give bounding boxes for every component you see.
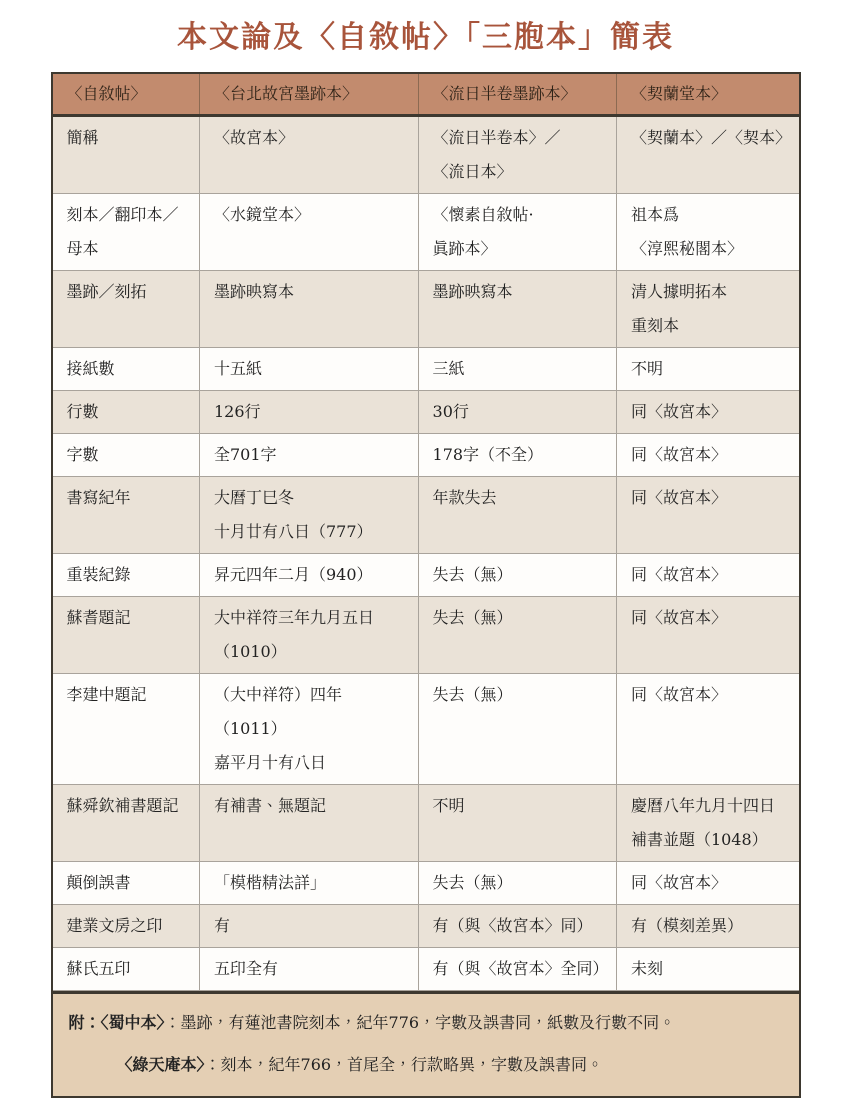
row-label: 重裝紀錄 <box>53 554 200 597</box>
cell: 未刻 <box>616 948 798 991</box>
cell: 〈契蘭本〉／〈契本〉 <box>616 116 798 194</box>
cell: （大中祥符）四年（1011） 嘉平月十有八日 <box>199 674 418 785</box>
row-label: 刻本／翻印本／ 母本 <box>53 194 200 271</box>
cell: 〈流日半卷本〉／ 〈流日本〉 <box>418 116 616 194</box>
cell: 失去（無） <box>418 554 616 597</box>
footnote-term: 〈綠天庵本〉 <box>117 1055 205 1074</box>
row-label: 李建中題記 <box>53 674 200 785</box>
cell: 有補書、無題記 <box>199 785 418 862</box>
cell: 30行 <box>418 391 616 434</box>
row-label: 字數 <box>53 434 200 477</box>
column-header-qilantang: 〈契蘭堂本〉 <box>616 74 798 116</box>
table-row: 蘇氏五印 五印全有 有（與〈故宮本〉全同） 未刻 <box>53 948 799 991</box>
cell: 〈水鏡堂本〉 <box>199 194 418 271</box>
cell: 有 <box>199 905 418 948</box>
footnote-term: 〈蜀中本〉 <box>101 1013 165 1032</box>
cell: 慶曆八年九月十四日 補書並題（1048） <box>616 785 798 862</box>
cell: 同〈故宮本〉 <box>616 597 798 674</box>
column-header-zixutie: 〈自敘帖〉 <box>53 74 200 116</box>
page-title: 本文論及〈自敘帖〉「三胞本」簡表 <box>0 12 851 56</box>
cell: 失去（無） <box>418 862 616 905</box>
column-header-taipei-palace: 〈台北故宮墨跡本〉 <box>199 74 418 116</box>
table-row: 建業文房之印 有 有（與〈故宮本〉同） 有（模刻差異） <box>53 905 799 948</box>
cell: 有（模刻差異） <box>616 905 798 948</box>
cell: 同〈故宮本〉 <box>616 554 798 597</box>
cell: 墨跡映寫本 <box>199 271 418 348</box>
column-header-liuri-halfscroll: 〈流日半卷墨跡本〉 <box>418 74 616 116</box>
row-label: 蘇耆題記 <box>53 597 200 674</box>
cell: 同〈故宮本〉 <box>616 434 798 477</box>
cell: 有（與〈故宮本〉同） <box>418 905 616 948</box>
footnote-line: 附：〈蜀中本〉：墨跡，有蓮池書院刻本，紀年776，字數及誤書同，紙數及行數不同。 <box>69 1002 783 1044</box>
cell: 清人據明拓本 重刻本 <box>616 271 798 348</box>
table-row: 字數 全701字 178字（不全） 同〈故宮本〉 <box>53 434 799 477</box>
cell: 年款失去 <box>418 477 616 554</box>
table-row: 簡稱 〈故宮本〉 〈流日半卷本〉／ 〈流日本〉 〈契蘭本〉／〈契本〉 <box>53 116 799 194</box>
table-row: 書寫紀年 大曆丁巳冬 十月廿有八日（777） 年款失去 同〈故宮本〉 <box>53 477 799 554</box>
cell: 〈懷素自敘帖· 眞跡本〉 <box>418 194 616 271</box>
cell: 全701字 <box>199 434 418 477</box>
table-row: 接紙數 十五紙 三紙 不明 <box>53 348 799 391</box>
cell: 不明 <box>418 785 616 862</box>
cell: 昇元四年二月（940） <box>199 554 418 597</box>
table-row: 重裝紀錄 昇元四年二月（940） 失去（無） 同〈故宮本〉 <box>53 554 799 597</box>
cell: 不明 <box>616 348 798 391</box>
cell: 同〈故宮本〉 <box>616 391 798 434</box>
cell: 墨跡映寫本 <box>418 271 616 348</box>
row-label: 建業文房之印 <box>53 905 200 948</box>
row-label: 書寫紀年 <box>53 477 200 554</box>
table-row: 墨跡／刻拓 墨跡映寫本 墨跡映寫本 清人據明拓本 重刻本 <box>53 271 799 348</box>
footnote-prefix: 附： <box>69 1013 101 1032</box>
table-row: 李建中題記 （大中祥符）四年（1011） 嘉平月十有八日 失去（無） 同〈故宮本… <box>53 674 799 785</box>
cell: 失去（無） <box>418 674 616 785</box>
cell: 十五紙 <box>199 348 418 391</box>
row-label: 墨跡／刻拓 <box>53 271 200 348</box>
cell: 五印全有 <box>199 948 418 991</box>
row-label: 簡稱 <box>53 116 200 194</box>
row-label: 顛倒誤書 <box>53 862 200 905</box>
table-row: 蘇舜欽補書題記 有補書、無題記 不明 慶曆八年九月十四日 補書並題（1048） <box>53 785 799 862</box>
footnote: 附：〈蜀中本〉：墨跡，有蓮池書院刻本，紀年776，字數及誤書同，紙數及行數不同。… <box>53 991 799 1096</box>
footnote-text: ：刻本，紀年766，首尾全，行款略異，字數及誤書同。 <box>205 1055 604 1074</box>
cell: 有（與〈故宮本〉全同） <box>418 948 616 991</box>
comparison-sheet: 〈自敘帖〉 〈台北故宮墨跡本〉 〈流日半卷墨跡本〉 〈契蘭堂本〉 簡稱 〈故宮本… <box>51 72 801 1098</box>
cell: 大曆丁巳冬 十月廿有八日（777） <box>199 477 418 554</box>
comparison-table: 〈自敘帖〉 〈台北故宮墨跡本〉 〈流日半卷墨跡本〉 〈契蘭堂本〉 簡稱 〈故宮本… <box>53 74 799 991</box>
footnote-line: 〈綠天庵本〉：刻本，紀年766，首尾全，行款略異，字數及誤書同。 <box>117 1044 783 1086</box>
page: 本文論及〈自敘帖〉「三胞本」簡表 〈自敘帖〉 〈台北故宮墨跡本〉 〈流日半卷墨跡… <box>0 0 851 1098</box>
table-row: 顛倒誤書 「模楷精法詳」 失去（無） 同〈故宮本〉 <box>53 862 799 905</box>
cell: 同〈故宮本〉 <box>616 674 798 785</box>
footnote-text: ：墨跡，有蓮池書院刻本，紀年776，字數及誤書同，紙數及行數不同。 <box>165 1013 676 1032</box>
cell: 失去（無） <box>418 597 616 674</box>
cell: 〈故宮本〉 <box>199 116 418 194</box>
header-row: 〈自敘帖〉 〈台北故宮墨跡本〉 〈流日半卷墨跡本〉 〈契蘭堂本〉 <box>53 74 799 116</box>
cell: 大中祥符三年九月五日 （1010） <box>199 597 418 674</box>
table-row: 刻本／翻印本／ 母本 〈水鏡堂本〉 〈懷素自敘帖· 眞跡本〉 祖本爲 〈淳熙秘閣… <box>53 194 799 271</box>
cell: 178字（不全） <box>418 434 616 477</box>
table-row: 蘇耆題記 大中祥符三年九月五日 （1010） 失去（無） 同〈故宮本〉 <box>53 597 799 674</box>
cell: 「模楷精法詳」 <box>199 862 418 905</box>
row-label: 蘇氏五印 <box>53 948 200 991</box>
cell: 祖本爲 〈淳熙秘閣本〉 <box>616 194 798 271</box>
cell: 126行 <box>199 391 418 434</box>
row-label: 行數 <box>53 391 200 434</box>
table-row: 行數 126行 30行 同〈故宮本〉 <box>53 391 799 434</box>
cell: 同〈故宮本〉 <box>616 477 798 554</box>
row-label: 接紙數 <box>53 348 200 391</box>
row-label: 蘇舜欽補書題記 <box>53 785 200 862</box>
cell: 三紙 <box>418 348 616 391</box>
cell: 同〈故宮本〉 <box>616 862 798 905</box>
